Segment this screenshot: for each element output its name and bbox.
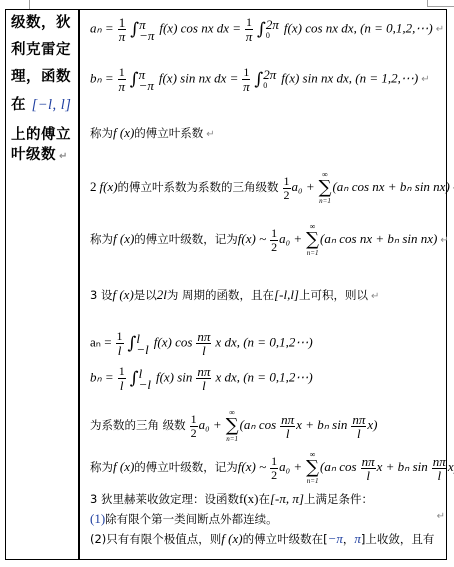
fraction: nπl [196,365,211,392]
tail: x dx, (n = 0,1,2⋯) [215,334,312,349]
term: x + bₙ sin [296,417,347,432]
fx: f (x) [113,231,134,246]
text: 3 狄里赫莱收敛定理：设函数 [90,492,239,506]
topic-line-3: 理，函数 [11,67,78,87]
text: 的傅立叶系数为系数的三角级数 [118,180,279,194]
integral-sign: ∫ [130,369,139,389]
fraction: 1l [116,330,124,357]
paragraph-mark: ↵ [206,129,214,140]
term: x + bₙ sin [377,459,428,474]
integral-limits: π−π [139,19,154,41]
fx: f(x) [239,491,259,506]
integral-limits: 2π0 [266,19,279,41]
a0: a₀ + [199,417,222,432]
frac-den: l [196,344,211,357]
lower-limit: −l [139,379,151,390]
a0: a₀ + [279,459,302,474]
text: 称为 [90,126,113,140]
integral-sign: ∫ [257,20,266,40]
condition-2: (2)只有有限个极值点，则f (x)的傅立叶级数在[−π，π]上收敛，且有 [90,531,434,547]
topic-line-6: 叶级数↵ [11,145,78,167]
text: 是以 [134,288,157,302]
condition-1: (1)除有限个第一类间断点外都连续。 ↵ [90,511,445,527]
text: (2)只有有限个极值点，则 [90,532,221,546]
frac-den: l [118,379,126,392]
frac-num: nπ [432,455,447,469]
fx: f(x) ~ [238,231,266,246]
integral-limits: l−l [136,333,148,355]
fraction: 1π [242,66,250,93]
fraction: 12 [283,175,291,202]
text: 为系数的三角 级数 [90,418,186,432]
integral-sign: ∫ [130,70,139,90]
lower-limit: −π [139,80,154,91]
fraction: 1l [118,365,126,392]
page-corner-mark-left [29,0,30,9]
terms: (aₙ cos nx + bₙ sin nx) [320,231,437,246]
frac-num: 1 [245,16,253,30]
frac-num: 1 [118,16,127,30]
frac-num: 1 [118,66,126,80]
topic-interval: [−l, l] [32,97,72,113]
bn-body-1: f(x) sin nx dx = [159,70,239,85]
period-2l-statement: 3 设f (x)是以2l为 周期的函数，且在[-l,l]上可积，则以↵ [90,287,379,303]
formula-an-l: aₙ = 1l ∫l−l f(x) cos nπl x dx, (n = 0,1… [90,330,313,357]
an-body-1: f(x) cos nx dx = [159,20,241,35]
formula-an: aₙ = 1π ∫π−π f(x) cos nx dx = 1π ∫2π0 f(… [90,16,444,43]
topic-line-4: 在 [−l, l] [11,95,78,115]
sum-bottom: n=1 [226,435,239,444]
frac-num: nπ [361,455,376,469]
topic-line-1: 级数，狄 [11,13,78,33]
terms: (aₙ cos nx + bₙ sin nx) [332,179,449,194]
text: 上满足条件： [304,492,373,506]
frac-den: π [242,80,250,93]
coefficients-label: 称为f (x)的傅立叶系数↵ [90,125,215,141]
upper-limit: 2π [266,19,279,30]
fraction: 1π [118,16,127,43]
term: (aₙ cos [240,417,277,432]
lower-limit: −l [136,344,148,355]
frac-den: l [351,427,366,440]
an-lhs: aₙ = [90,20,114,35]
fourier-table: 级数，狄 利克雷定 理，函数 在 [−l, l] 上的傅立 叶级数↵ aₙ = … [5,9,447,560]
bn-lhs: bₙ = [90,369,114,384]
fourier-series-label: 称为f (x)的傅立叶级数，记为f(x) ~ 12a₀ + ∞∑n=1(aₙ c… [90,222,449,258]
a0: a₀ + [292,179,315,194]
text: 的傅立叶级数，记为 [134,460,238,474]
series-l-label: 称为f (x)的傅立叶级数，记为f(x) ~ 12a₀ + ∞∑n=1(aₙ c… [90,450,454,486]
cond-number: (1) [90,511,105,526]
paragraph-mark: ↵ [371,291,379,302]
fx: f (x) [113,459,134,474]
frac-num: nπ [196,365,211,379]
frac-den: 2 [190,427,198,440]
text: 的傅立叶级数在[ [243,532,328,546]
series-l: 为系数的三角 级数 12a₀ + ∞∑n=1(aₙ cos nπlx + bₙ … [90,408,377,444]
a0: a₀ + [279,231,302,246]
frac-num: nπ [196,330,211,344]
fraction: 1π [245,16,253,43]
frac-den: l [280,427,295,440]
fraction: 1π [118,66,126,93]
frac-den: l [196,379,211,392]
fraction: nπl [196,330,211,357]
paragraph-mark: ↵ [421,74,429,85]
two-l: 2l [157,287,167,302]
page-corner-mark-right-h [427,6,454,7]
frac-num: 1 [116,330,124,344]
summation: ∞∑n=1 [306,450,319,486]
topic-line-5: 上的傅立 [11,125,78,145]
integral-sign: ∫ [128,334,137,354]
interval: [-π, π] [270,491,304,506]
frac-num: 1 [283,175,291,189]
pi: −π [328,531,343,546]
body: f(x) cos [154,334,193,349]
topic-line-6-text: 叶级数 [11,147,56,163]
text: 的傅立叶级数，记为 [134,232,238,246]
frac-num: 1 [242,66,250,80]
fx: f (x) [221,531,242,546]
integral-limits: π−π [139,69,154,91]
fraction: 12 [190,413,198,440]
frac-den: π [118,30,127,43]
frac-den: 2 [283,189,291,202]
frac-den: l [361,469,376,482]
upper-limit: 2π [263,69,276,80]
frac-num: nπ [351,413,366,427]
text: 3 设 [90,288,112,302]
frac-num: 1 [190,413,198,427]
an-lhs: aₙ = [90,334,112,349]
term: x) [367,417,377,432]
topic-cell: 级数，狄 利克雷定 理，函数 在 [−l, l] 上的傅立 叶级数↵ [6,10,78,167]
fx: f(x) ~ [238,459,266,474]
frac-num: 1 [270,455,278,469]
frac-den: 2 [270,241,278,254]
paragraph-mark: ↵ [436,24,444,35]
sigma-icon: ∑ [226,417,239,435]
an-body-2: f(x) cos nx dx, (n = 0,1,2,⋯) [284,20,433,35]
fourier-series-intro: 2 f(x)的傅立叶系数为系数的三角级数 12a₀ + ∞∑n=1(aₙ cos… [90,170,454,206]
sum-bottom: n=1 [306,249,319,258]
fx: f (x) [113,125,134,140]
text: 称为 [90,460,113,474]
frac-den: π [118,80,126,93]
fx: f(x) [100,179,118,194]
fx: f (x) [112,287,133,302]
frac-den: π [245,30,253,43]
summation: ∞∑n=1 [306,222,319,258]
tail: x dx, (n = 0,1,2⋯) [215,369,312,384]
sigma-icon: ∑ [306,459,319,477]
fraction: 12 [270,227,278,254]
frac-num: 1 [270,227,278,241]
text: ， [343,532,355,546]
text: 在 [258,492,270,506]
formula-bn-l: bₙ = 1l ∫l−l f(x) sin nπl x dx, (n = 0,1… [90,365,313,392]
text: 称为 [90,232,113,246]
frac-den: l [116,344,124,357]
term: (aₙ cos [320,459,357,474]
lower-limit: −π [139,30,154,41]
summation: ∞∑n=1 [226,408,239,444]
frac-den: 2 [270,469,278,482]
frac-num: 1 [118,365,126,379]
text: 的傅立叶系数 [134,126,203,140]
integral-sign: ∫ [254,70,263,90]
fraction: nπl [351,413,366,440]
paragraph-mark: ↵ [440,235,448,246]
text: 除有限个第一类间断点外都连续。 [105,512,278,526]
term: x). [448,459,454,474]
summation: ∞∑n=1 [319,170,332,206]
topic-in: 在 [11,97,26,113]
dirichlet-theorem: 3 狄里赫莱收敛定理：设函数f(x)在[-π, π]上满足条件： [90,491,373,507]
fraction: 12 [270,455,278,482]
integral-limits: l−l [139,368,151,390]
paragraph-mark: ↵ [437,511,445,522]
fraction: nπl [280,413,295,440]
integral-limits: 2π0 [263,69,276,91]
topic-line-2: 利克雷定 [11,40,78,60]
text: 为 周期的函数，且在 [167,288,274,302]
bn-body-2: f(x) sin nx dx, (n = 1,2,⋯) [281,70,418,85]
sigma-icon: ∑ [306,231,319,249]
frac-den: l [432,469,447,482]
text: 上可积，则以 [299,288,368,302]
item-number: 2 [90,179,97,194]
fraction: nπl [361,455,376,482]
integral-sign: ∫ [130,20,139,40]
sum-bottom: n=1 [306,477,319,486]
interval: [-l,l] [274,287,299,302]
formula-bn: bₙ = 1π ∫π−π f(x) sin nx dx = 1π ∫2π0 f(… [90,66,430,93]
paragraph-mark: ↵ [59,151,68,162]
bn-lhs: bₙ = [90,70,114,85]
fraction: nπl [432,455,447,482]
body: f(x) sin [156,369,192,384]
sigma-icon: ∑ [319,179,332,197]
content-cell: aₙ = 1π ∫π−π f(x) cos nx dx = 1π ∫2π0 f(… [80,10,446,559]
sum-bottom: n=1 [319,197,332,206]
frac-num: nπ [280,413,295,427]
text: ]上收敛，且有 [361,532,435,546]
